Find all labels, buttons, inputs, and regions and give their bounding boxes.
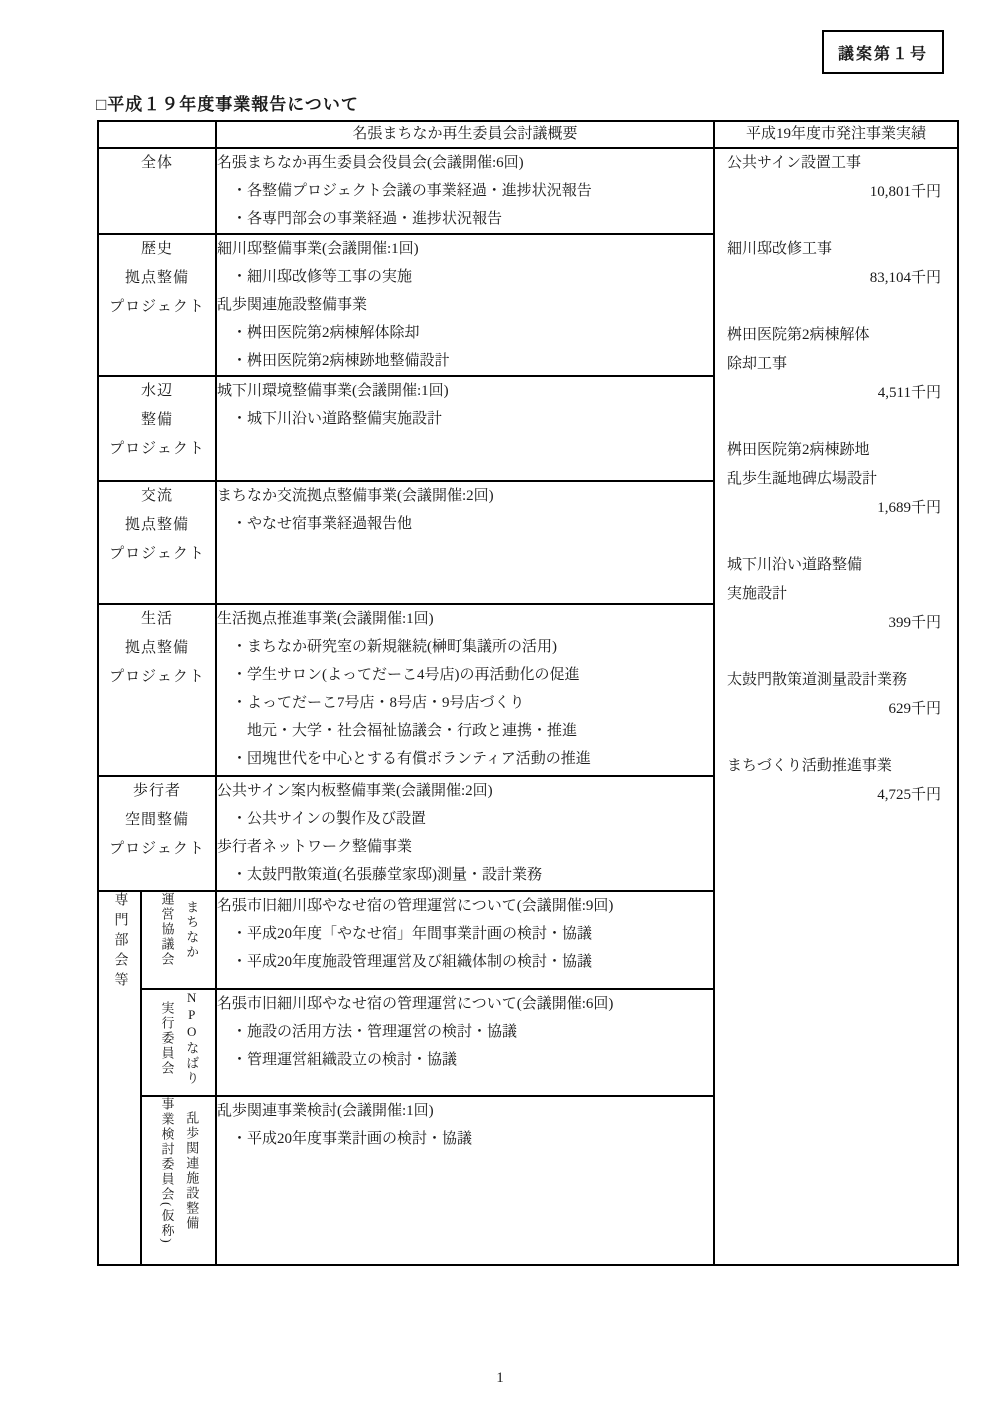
expense-item: 城下川沿い道路整備 実施設計 399千円 bbox=[715, 551, 957, 638]
expense-amount: 1,689千円 bbox=[715, 494, 957, 523]
expense-name: 公共サイン設置工事 bbox=[715, 149, 957, 178]
row-label-overall: 全体 bbox=[98, 148, 216, 234]
expense-item: 細川邸改修工事 83,104千円 bbox=[715, 235, 957, 293]
report-table: 名張まちなか再生委員会討議概要 平成19年度市発注事業実績 全体 名張まちなか再… bbox=[97, 120, 959, 1266]
expense-name: 桝田医院第2病棟解体 除却工事 bbox=[715, 321, 957, 379]
sub-label-npo-committee: NPOなばり 実行委員会 bbox=[141, 989, 216, 1096]
expense-item: まちづくり活動推進事業 4,725千円 bbox=[715, 752, 957, 810]
row-label-living: 生活 拠点整備 プロジェクト bbox=[98, 604, 216, 776]
expense-name: 細川邸改修工事 bbox=[715, 235, 957, 264]
row-label-waterside: 水辺 整備 プロジェクト bbox=[98, 376, 216, 481]
table-header-row: 名張まちなか再生委員会討議概要 平成19年度市発注事業実績 bbox=[98, 121, 958, 148]
expense-amount: 4,511千円 bbox=[715, 379, 957, 408]
expense-item: 桝田医院第2病棟解体 除却工事 4,511千円 bbox=[715, 321, 957, 408]
row-label-pedestrian: 歩行者 空間整備 プロジェクト bbox=[98, 776, 216, 891]
sub-label-text: NPOなばり 実行委員会 bbox=[154, 990, 203, 1086]
expense-amount: 629千円 bbox=[715, 695, 957, 724]
expense-name: 桝田医院第2病棟跡地 乱歩生誕地碑広場設計 bbox=[715, 436, 957, 494]
group-label-text: 専門部会等 bbox=[110, 892, 130, 992]
sub-label-text: 乱歩関連施設整備 事業検討委員会(仮称) bbox=[154, 1097, 203, 1245]
page-title: □平成１９年度事業報告について bbox=[96, 90, 359, 115]
expenses-column-cell: 公共サイン設置工事 10,801千円 細川邸改修工事 83,104千円 桝田医院… bbox=[714, 148, 958, 1265]
row-label-history: 歴史 拠点整備 プロジェクト bbox=[98, 234, 216, 376]
row-content-living: 生活拠点推進事業(会議開催:1回) ・まちなか研究室の新規継続(榊町集議所の活用… bbox=[216, 604, 714, 776]
doc-number-badge: 議案第１号 bbox=[822, 30, 944, 74]
row-content-waterside: 城下川環境整備事業(会議開催:1回) ・城下川沿い道路整備実施設計 bbox=[216, 376, 714, 481]
sub-label-machinaka-council: まちなか 運営協議会 bbox=[141, 891, 216, 989]
expense-item: 公共サイン設置工事 10,801千円 bbox=[715, 149, 957, 207]
row-content-machinaka-council: 名張市旧細川邸やなせ宿の管理運営について(会議開催:9回) ・平成20年度「やな… bbox=[216, 891, 714, 989]
row-content-exchange: まちなか交流拠点整備事業(会議開催:2回) ・やなせ宿事業経過報告他 bbox=[216, 481, 714, 604]
expense-name: まちづくり活動推進事業 bbox=[715, 752, 957, 781]
expense-amount: 10,801千円 bbox=[715, 178, 957, 207]
expense-amount: 4,725千円 bbox=[715, 781, 957, 810]
row-content-rampo-committee: 乱歩関連事業検討(会議開催:1回) ・平成20年度事業計画の検討・協議 bbox=[216, 1096, 714, 1265]
page-number: 1 bbox=[0, 1370, 1000, 1387]
expense-name: 城下川沿い道路整備 実施設計 bbox=[715, 551, 957, 609]
header-project-results: 平成19年度市発注事業実績 bbox=[714, 121, 958, 148]
sub-label-text: まちなか 運営協議会 bbox=[154, 892, 203, 967]
expense-item: 太鼓門散策道測量設計業務 629千円 bbox=[715, 666, 957, 724]
expense-name: 太鼓門散策道測量設計業務 bbox=[715, 666, 957, 695]
header-empty-cell bbox=[98, 121, 216, 148]
sub-label-rampo-committee: 乱歩関連施設整備 事業検討委員会(仮称) bbox=[141, 1096, 216, 1265]
expense-amount: 399千円 bbox=[715, 609, 957, 638]
table-row-overall: 全体 名張まちなか再生委員会役員会(会議開催:6回) ・各整備プロジェクト会議の… bbox=[98, 148, 958, 234]
row-content-pedestrian: 公共サイン案内板整備事業(会議開催:2回) ・公共サインの製作及び設置 歩行者ネ… bbox=[216, 776, 714, 891]
expense-item: 桝田医院第2病棟跡地 乱歩生誕地碑広場設計 1,689千円 bbox=[715, 436, 957, 523]
row-content-overall: 名張まちなか再生委員会役員会(会議開催:6回) ・各整備プロジェクト会議の事業経… bbox=[216, 148, 714, 234]
header-discussion-summary: 名張まちなか再生委員会討議概要 bbox=[216, 121, 714, 148]
group-label-subcommittees: 専門部会等 bbox=[98, 891, 141, 1265]
row-content-history: 細川邸整備事業(会議開催:1回) ・細川邸改修等工事の実施 乱歩関連施設整備事業… bbox=[216, 234, 714, 376]
row-content-npo-committee: 名張市旧細川邸やなせ宿の管理運営について(会議開催:6回) ・施設の活用方法・管… bbox=[216, 989, 714, 1096]
row-label-exchange: 交流 拠点整備 プロジェクト bbox=[98, 481, 216, 604]
expense-amount: 83,104千円 bbox=[715, 264, 957, 293]
document-page: 議案第１号 □平成１９年度事業報告について 名張まちなか再生委員会討議概要 平成… bbox=[0, 0, 1000, 1415]
